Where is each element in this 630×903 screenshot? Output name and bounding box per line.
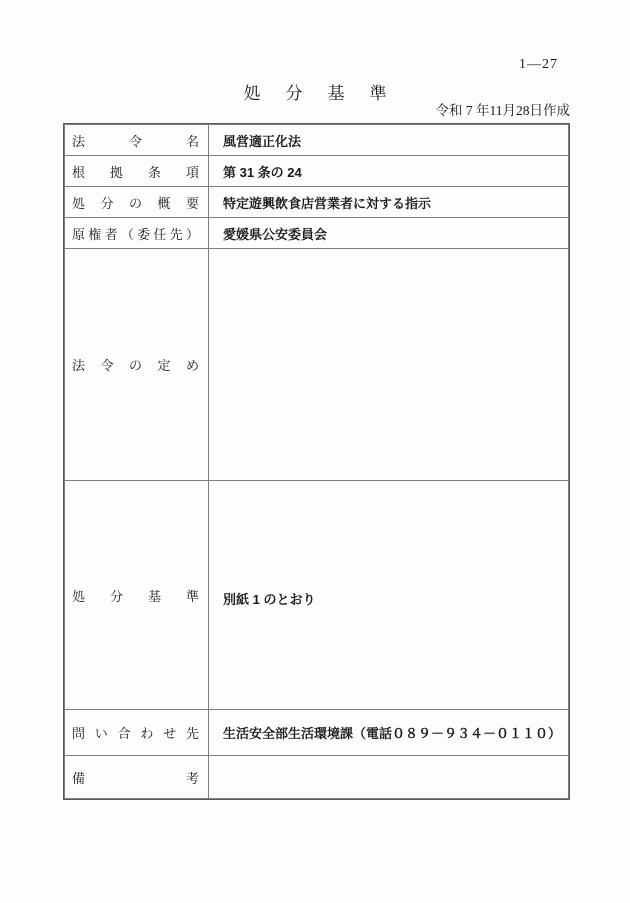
table-row-original-authority: 原権者（委任先） 愛媛県公安委員会	[65, 218, 569, 249]
row-label: 法令名	[65, 125, 209, 156]
table-row-contact: 問い合わせ先 生活安全部生活環境課（電話０８９－９３４－０１１０）	[65, 710, 569, 756]
row-label: 原権者（委任先）	[65, 218, 209, 249]
table-row-law-name: 法令名 風営適正化法	[65, 125, 569, 156]
row-value	[209, 249, 569, 481]
row-label: 法令の定め	[65, 249, 209, 481]
row-value: 風営適正化法	[209, 125, 569, 156]
row-value: 第 31 条の 24	[209, 156, 569, 187]
row-value: 別紙 1 のとおり	[209, 481, 569, 710]
table-row-disposition-summary: 処分の概要 特定遊興飲食店営業者に対する指示	[65, 187, 569, 218]
row-label: 備考	[65, 756, 209, 799]
document-page: 1—27 処分基準 令和 7 年11月28日作成 法令名 風営適正化法 根拠条項	[0, 0, 630, 903]
table-row-disposition-criteria: 処分基準 別紙 1 のとおり	[65, 481, 569, 710]
row-label: 問い合わせ先	[65, 710, 209, 756]
row-label: 処分基準	[65, 481, 209, 710]
row-label: 根拠条項	[65, 156, 209, 187]
table-row-legal-provision: 法令の定め	[65, 249, 569, 481]
row-value: 愛媛県公安委員会	[209, 218, 569, 249]
row-value	[209, 756, 569, 799]
table-row-legal-basis: 根拠条項 第 31 条の 24	[65, 156, 569, 187]
row-value: 生活安全部生活環境課（電話０８９－９３４－０１１０）	[209, 710, 569, 756]
row-value: 特定遊興飲食店営業者に対する指示	[209, 187, 569, 218]
row-label: 処分の概要	[65, 187, 209, 218]
table-row-remarks: 備考	[65, 756, 569, 799]
creation-date: 令和 7 年11月28日作成	[63, 99, 570, 119]
page-number: 1—27	[519, 57, 558, 73]
disposition-table: 法令名 風営適正化法 根拠条項 第 31 条の 24 処分の概要 特定遊興飲食店…	[63, 123, 570, 800]
